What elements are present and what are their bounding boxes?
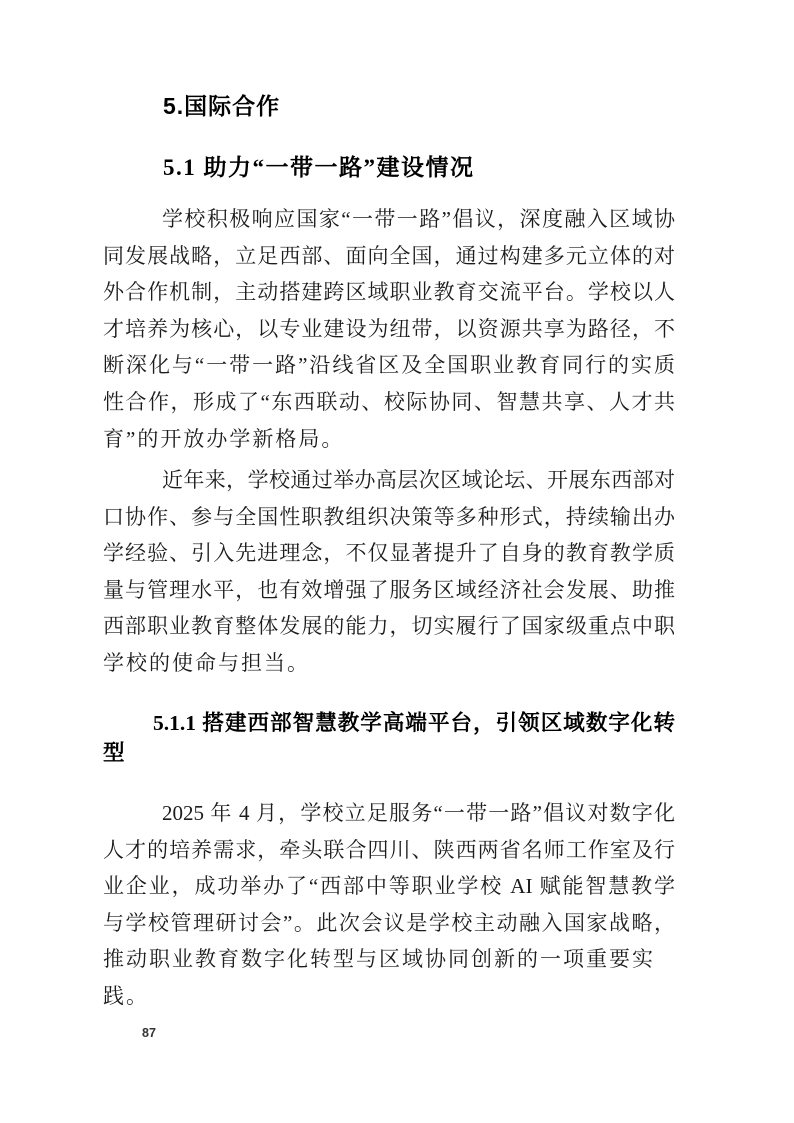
paragraph-3: 2025 年 4 月，学校立足服务“一带一路”倡议对数字化 人才的培养需求，牵头…: [103, 795, 675, 978]
paragraph-line: 量与管理水平，也有效增强了服务区域经济社会发展、助推: [103, 572, 675, 609]
paragraph-line: 近年来，学校通过举办高层次区域论坛、开展东西部对: [103, 462, 675, 499]
paragraph-line: 学校积极响应国家“一带一路”倡议，深度融入区域协: [103, 201, 675, 238]
heading-line: 5.1.1 搭建西部智慧教学高端平台，引领区域数字化转: [103, 708, 675, 738]
paragraph-line: 育”的开放办学新格局。: [103, 421, 675, 458]
paragraph-line: 西部职业教育整体发展的能力，切实履行了国家级重点中职: [103, 608, 675, 645]
paragraph-line: 才培养为核心，以专业建设为纽带，以资源共享为路径，不: [103, 311, 675, 348]
paragraph-line: 推动职业教育数字化转型与区域协同创新的一项重要实践。: [103, 941, 675, 978]
paragraph-2: 近年来，学校通过举办高层次区域论坛、开展东西部对 口协作、参与全国性职教组织决策…: [103, 462, 675, 682]
page-number: 87: [142, 1026, 156, 1040]
paragraph-1: 学校积极响应国家“一带一路”倡议，深度融入区域协 同发展战略，立足西部、面向全国…: [103, 201, 675, 457]
paragraph-line: 人才的培养需求，牵头联合四川、陕西两省名师工作室及行: [103, 832, 675, 869]
paragraph-line: 学经验、引入先进理念，不仅显著提升了自身的教育教学质: [103, 535, 675, 572]
paragraph-line: 2025 年 4 月，学校立足服务“一带一路”倡议对数字化: [103, 795, 675, 832]
paragraph-line: 断深化与“一带一路”沿线省区及全国职业教育同行的实质: [103, 347, 675, 384]
paragraph-line: 口协作、参与全国性职教组织决策等多种形式，持续输出办: [103, 499, 675, 536]
document-page: 5.国际合作 5.1 助力“一带一路”建设情况 学校积极响应国家“一带一路”倡议…: [0, 0, 794, 1123]
paragraph-line: 与学校管理研讨会”。此次会议是学校主动融入国家战略，: [103, 905, 675, 942]
section-heading: 5.国际合作: [163, 93, 280, 120]
subsubsection-heading: 5.1.1 搭建西部智慧教学高端平台，引领区域数字化转 型: [103, 708, 675, 768]
paragraph-line: 性合作，形成了“东西联动、校际协同、智慧共享、人才共: [103, 384, 675, 421]
paragraph-line: 外合作机制，主动搭建跨区域职业教育交流平台。学校以人: [103, 274, 675, 311]
paragraph-line: 同发展战略，立足西部、面向全国，通过构建多元立体的对: [103, 238, 675, 275]
paragraph-line: 学校的使命与担当。: [103, 645, 675, 682]
subsection-heading: 5.1 助力“一带一路”建设情况: [163, 153, 475, 183]
paragraph-line: 业企业，成功举办了“西部中等职业学校 AI 赋能智慧教学: [103, 868, 675, 905]
heading-line: 型: [103, 738, 675, 768]
